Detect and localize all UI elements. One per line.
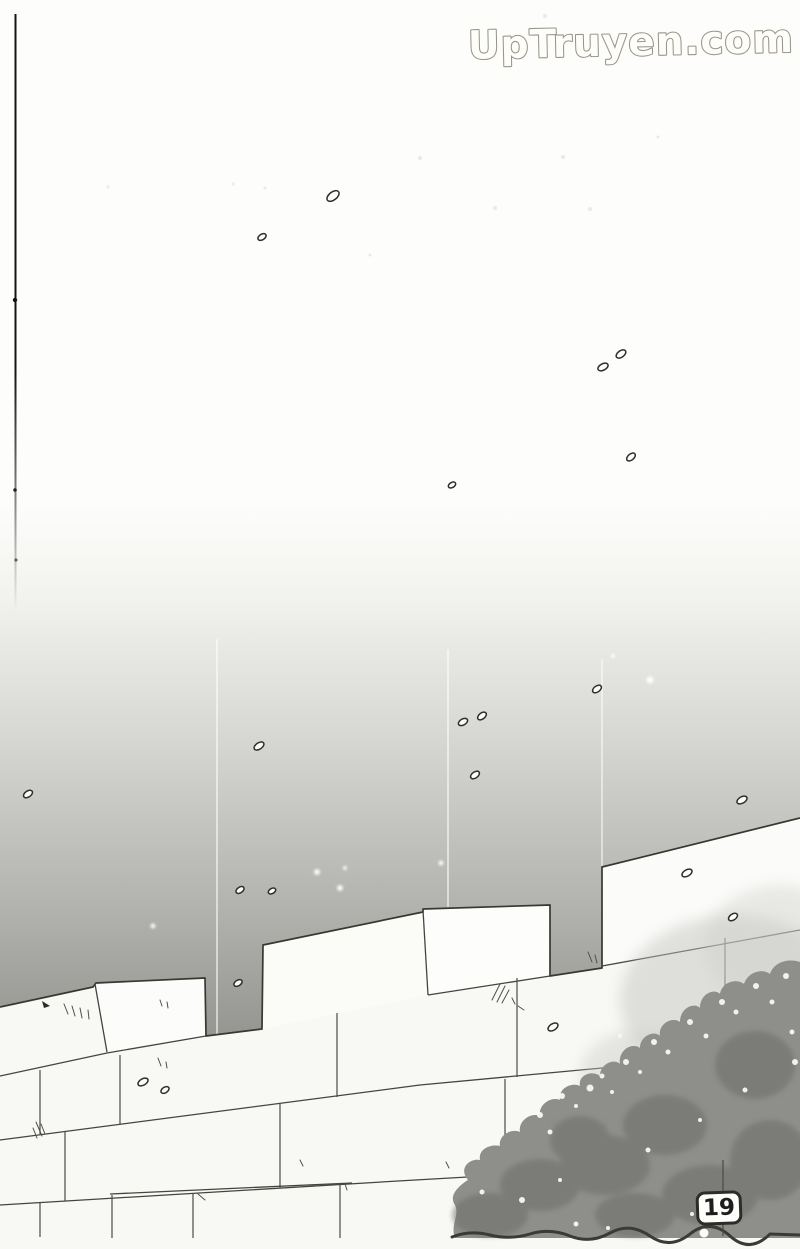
leaf-highlight [687, 1019, 693, 1025]
light-speck [343, 866, 347, 870]
leaf-highlight [770, 1000, 775, 1005]
petal [597, 362, 610, 373]
page-number: 19 [703, 1194, 736, 1221]
paper-speck [418, 156, 422, 160]
manga-illustration: UpTruyen.com [0, 0, 800, 1249]
leaf-highlight [753, 983, 759, 989]
leaf-highlight [704, 1034, 709, 1039]
leaf-highlight [610, 1090, 614, 1094]
petal [615, 348, 628, 360]
paper-speck [561, 155, 565, 159]
leaf-highlight [548, 1130, 553, 1135]
leaf-highlight [537, 1112, 543, 1118]
leaf-highlight [618, 1034, 622, 1038]
leaf-highlight [519, 1197, 525, 1203]
light-speck [439, 861, 444, 866]
leaf-highlight [558, 1178, 562, 1182]
light-speck [314, 869, 320, 875]
leaf-highlight [719, 999, 725, 1005]
paper-speck [369, 254, 372, 257]
paper-speck [588, 207, 592, 211]
leaf-highlight [587, 1085, 594, 1092]
site-watermark: UpTruyen.com [468, 17, 795, 69]
paper-speck [107, 186, 110, 189]
petal [447, 481, 456, 489]
leaf-highlight [743, 1088, 748, 1093]
leaf-highlight [638, 1070, 642, 1074]
manga-page: UpTruyen.com 19 [0, 0, 800, 1249]
leaf-highlight [783, 973, 789, 979]
paper-speck [264, 187, 267, 190]
light-speck [611, 654, 615, 658]
leaf-highlight [574, 1222, 579, 1227]
leaf-highlight [651, 1039, 657, 1045]
leaf-highlight [734, 1010, 739, 1015]
light-speck [647, 677, 654, 684]
light-speck [337, 885, 343, 891]
light-speck [151, 924, 156, 929]
petal [257, 232, 268, 242]
foliage-white-blob [700, 1229, 709, 1238]
leaf-highlight [600, 1074, 605, 1079]
leaf-highlight [690, 1212, 694, 1216]
leaf-highlight [574, 1104, 578, 1108]
leaf-highlight [480, 1190, 485, 1195]
paper-speck [493, 206, 497, 210]
leaf-highlight [790, 1030, 795, 1035]
leaf-highlight [606, 1226, 610, 1230]
petal [325, 189, 341, 204]
leaf-highlight [698, 1118, 702, 1122]
paper-speck [657, 136, 660, 139]
leaf-highlight [792, 1059, 798, 1065]
paper-speck [232, 183, 235, 186]
leaf-highlight [559, 1093, 565, 1099]
leaf-highlight [623, 1059, 629, 1065]
leaf-highlight [646, 1148, 651, 1153]
page-number-badge: 19 [695, 1190, 742, 1226]
paper-speck [543, 14, 547, 18]
leaf-highlight [666, 1050, 671, 1055]
petal [625, 451, 637, 462]
